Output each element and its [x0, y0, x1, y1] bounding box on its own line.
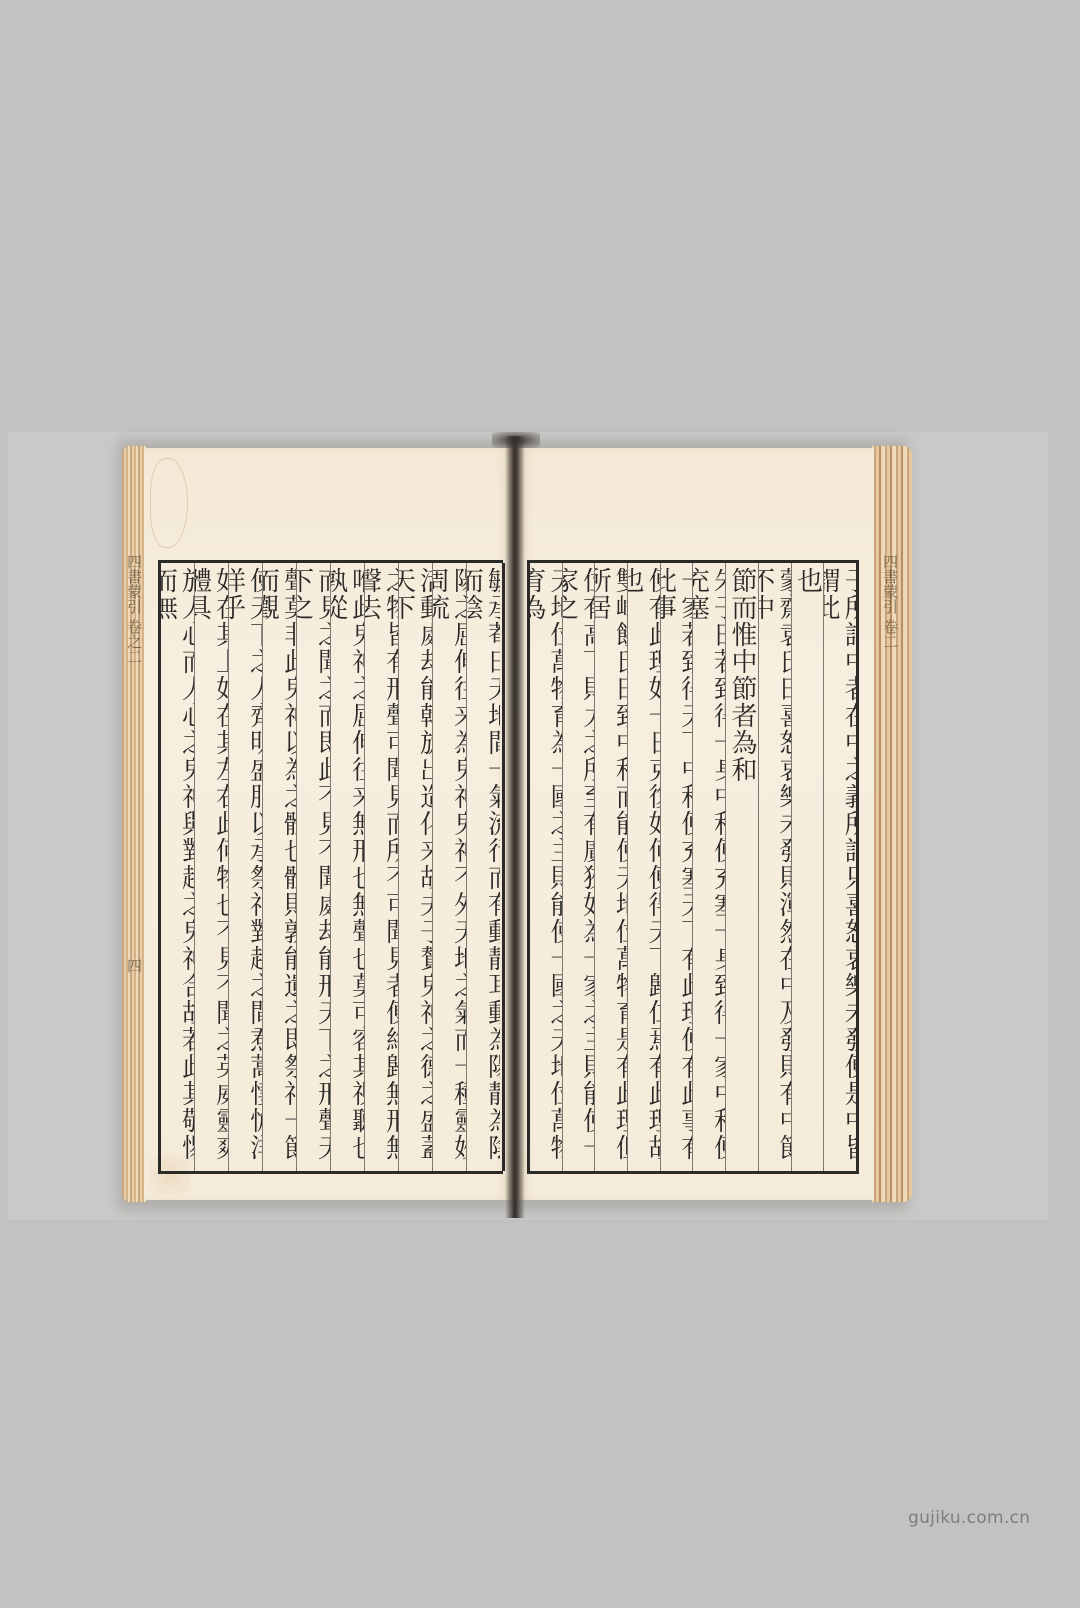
text-column: 朱子曰若致得一身中和便充塞一身致得一家中和便充塞 [692, 563, 725, 1171]
text-column: 聲莫非此鬼神以為之體也體則孰能遺之即祭祀一節而觀 [262, 563, 296, 1171]
text-column: 之物皆有形聲可聞見而所不可聞見者便終歸無形無聲去 [364, 563, 398, 1171]
text-column: 蒙齋袁氏曰喜怒哀樂未發則渾然在中及發則有中節不中 [758, 563, 791, 1171]
column-text: 於人心而人心之鬼神與對越之鬼神合故若此其敬惕而無 [161, 567, 194, 1171]
text-column: 便有此理如一日克復如何便得天下歸仁焉有此理故也 [627, 563, 660, 1171]
right-edge-label: 四書蒙引 卷二 [882, 554, 898, 649]
column-text: 一家若致得天下中和便充塞天下有此理便有此事有此事 [660, 567, 693, 1171]
column-text: 如在其上如在其左右此何物也不見不聞之英威靈爽體具 [194, 567, 228, 1171]
text-column: 雙峰饒氏曰致中和而能使天地位萬物育是有此理但所居 [594, 563, 627, 1171]
column-text: 使天下之人齊明盛服以承祭祀對越之間焄蒿悽愴洋洋乎 [228, 567, 262, 1171]
column-text: 節而惟中節者為和 [727, 567, 757, 783]
left-text-columns: 毓承菴曰天地間一氣流行而有動靜耳動為陽靜為陰而陰 陽之屈伸往来為鬼神鬼神不外天地… [161, 563, 500, 1171]
left-text-frame: 毓承菴曰天地間一氣流行而有動靜耳動為陽靜為陰而陰 陽之屈伸往来為鬼神鬼神不外天地… [158, 560, 503, 1174]
text-column: 如在其上如在其左右此何物也不見不聞之英威靈爽體具 [194, 563, 228, 1171]
text-column: 使天下之人齊明盛服以承祭祀對越之間焄蒿悽愴洋洋乎 [228, 563, 262, 1171]
book-gutter [505, 436, 525, 1218]
column-text: 也 [792, 567, 822, 594]
column-text: 蒙齋袁氏曰喜怒哀樂未發則渾然在中及發則有中節不中 [758, 567, 791, 1171]
text-column: 陽之屈伸往来為鬼神鬼神不外天地之氣而一種靈妙周流 [432, 563, 466, 1171]
left-edge-label: 四書蒙引 卷之二 [126, 554, 142, 664]
right-page-edges: 四書蒙引 卷二 [872, 446, 912, 1202]
column-text: 子所謂中者在中之義所謂只喜怒哀樂未發便是中皆謂此 [823, 567, 856, 1171]
column-text: 位有高下則力之所至有廣狹如為一家之主則能使一家之 [562, 567, 595, 1171]
column-text: 朱子曰若致得一身中和便充塞一身致得一家中和便充塞 [692, 567, 725, 1171]
column-text: 之物皆有形聲可聞見而所不可聞見者便終歸無形無聲去 [364, 567, 398, 1171]
text-column: 毓承菴曰天地間一氣流行而有動靜耳動為陽靜為陰而陰 [466, 563, 500, 1171]
text-column: 節而惟中節者為和 [725, 563, 758, 1171]
left-page-edges: 四書蒙引 卷之二 四 [122, 446, 146, 1202]
column-text: 活動處却能斡旋出造化来故夫子賛鬼神之德之盛蓋天下 [398, 567, 432, 1171]
text-column: 也 [791, 563, 824, 1171]
paper-stain [150, 458, 188, 548]
text-column: 活動處却能斡旋出造化来故夫子賛鬼神之德之盛蓋天下 [398, 563, 432, 1171]
right-text-columns: 子所謂中者在中之義所謂只喜怒哀樂未發便是中皆謂此 也 蒙齋袁氏曰喜怒哀樂未發則渾… [530, 563, 856, 1171]
right-text-frame: 子所謂中者在中之義所謂只喜怒哀樂未發便是中皆謂此 也 蒙齋袁氏曰喜怒哀樂未發則渾… [527, 560, 859, 1174]
text-column: 位有高下則力之所至有廣狹如為一家之主則能使一家之 [562, 563, 595, 1171]
left-edge-page-number: 四 [126, 958, 142, 973]
text-column: 唯此鬼神之屈伸往来無形也無聲也莫可容其視聽也孰從 [330, 563, 364, 1171]
spine-shadow [492, 432, 540, 448]
column-text: 唯此鬼神之屈伸往来無形也無聲也莫可容其視聽也孰從 [330, 567, 364, 1171]
text-column: 子所謂中者在中之義所謂只喜怒哀樂未發便是中皆謂此 [823, 563, 856, 1171]
column-text: 天地位萬物育為一國之主則能使一國之天地位萬物育為 [530, 567, 562, 1171]
text-column: 天地位萬物育為一國之主則能使一國之天地位萬物育為 [530, 563, 562, 1171]
column-text: 聲莫非此鬼神以為之體也體則孰能遺之即祭祀一節而觀 [262, 567, 296, 1171]
text-column: 一家若致得天下中和便充塞天下有此理便有此事有此事 [660, 563, 693, 1171]
site-watermark: gujiku.com.cn [908, 1508, 1030, 1528]
column-text: 而見之聞之而即此不見不聞處却能形天下之形聲天下之 [296, 567, 330, 1171]
text-column: 於人心而人心之鬼神與對越之鬼神合故若此其敬惕而無 [161, 563, 194, 1171]
column-text: 雙峰饒氏曰致中和而能使天地位萬物育是有此理但所居 [594, 567, 627, 1171]
column-text: 便有此理如一日克復如何便得天下歸仁焉有此理故也 [627, 567, 660, 1171]
text-column: 而見之聞之而即此不見不聞處却能形天下之形聲天下之 [296, 563, 330, 1171]
column-text: 毓承菴曰天地間一氣流行而有動靜耳動為陽靜為陰而陰 [466, 567, 500, 1171]
column-text: 陽之屈伸往来為鬼神鬼神不外天地之氣而一種靈妙周流 [432, 567, 466, 1171]
